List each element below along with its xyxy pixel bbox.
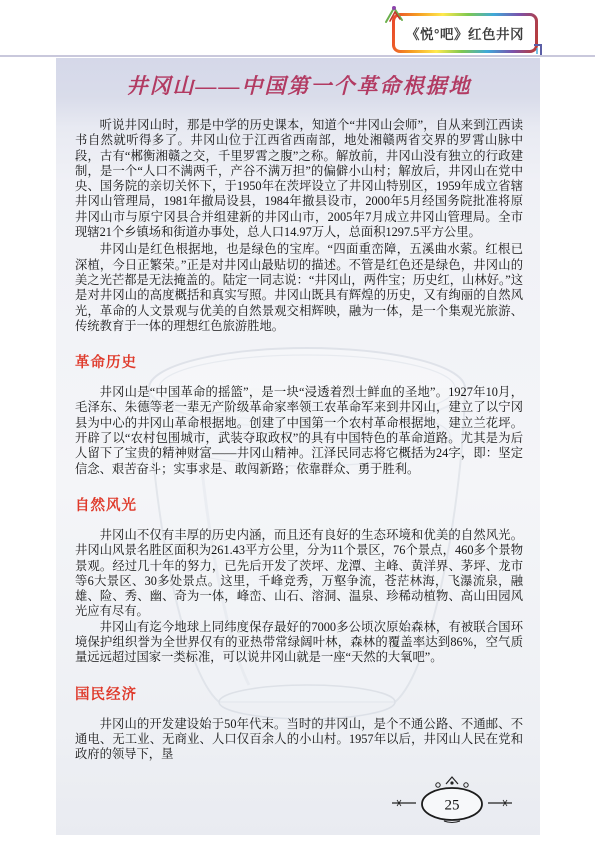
paperclip-icon xyxy=(382,4,408,28)
header-divider xyxy=(0,55,595,57)
body-paragraph: 井冈山不仅有丰厚的历史内涵，而且还有良好的生态环境和优美的自然风光。井冈山风景名… xyxy=(75,528,523,620)
document-page: 《悦°吧》红色井冈 井冈山——中国第一个革命根据地 听说井冈山时，那是中学的历史… xyxy=(0,0,595,842)
page-title: 井冈山——中国第一个革命根据地 xyxy=(75,70,523,100)
section-heading-natural-scenery: 自然风光 xyxy=(75,494,523,515)
body-paragraph: 井冈山是“中国革命的摇篮”，是一块“浸透着烈士鲜血的圣地”。1927年10月，毛… xyxy=(75,385,523,477)
logo-frame-inner: 《悦°吧》红色井冈 xyxy=(395,16,535,50)
logo-text: 《悦°吧》红色井冈 xyxy=(406,23,524,43)
body-paragraph: 井冈山的开发建设始于50年代末。当时的井冈山，是个不通公路、不通邮、不通电、无工… xyxy=(75,717,523,763)
section-heading-national-economy: 国民经济 xyxy=(75,683,523,704)
page-number-ornament: 25 xyxy=(390,776,514,824)
intro-paragraph: 听说井冈山时，那是中学的历史课本，知道个“井冈山会师”，自从来到江西读书自然就听… xyxy=(75,118,523,240)
section-heading-revolutionary-history: 革命历史 xyxy=(75,351,523,372)
site-logo: 《悦°吧》红色井冈 xyxy=(392,13,538,53)
intro-paragraph: 井冈山是红色根据地，也是绿色的宝库。“四面重峦障，五溪曲水萦。红根已深植，今日正… xyxy=(75,242,523,334)
content-panel: 井冈山——中国第一个革命根据地 听说井冈山时，那是中学的历史课本，知道个“井冈山… xyxy=(56,58,540,835)
page-number-badge: 25 xyxy=(390,776,514,829)
body-paragraph: 井冈山有迄今地球上同纬度保存最好的7000多公顷次原始森林，有被联合国环境保护组… xyxy=(75,620,523,666)
page-number: 25 xyxy=(445,798,460,814)
